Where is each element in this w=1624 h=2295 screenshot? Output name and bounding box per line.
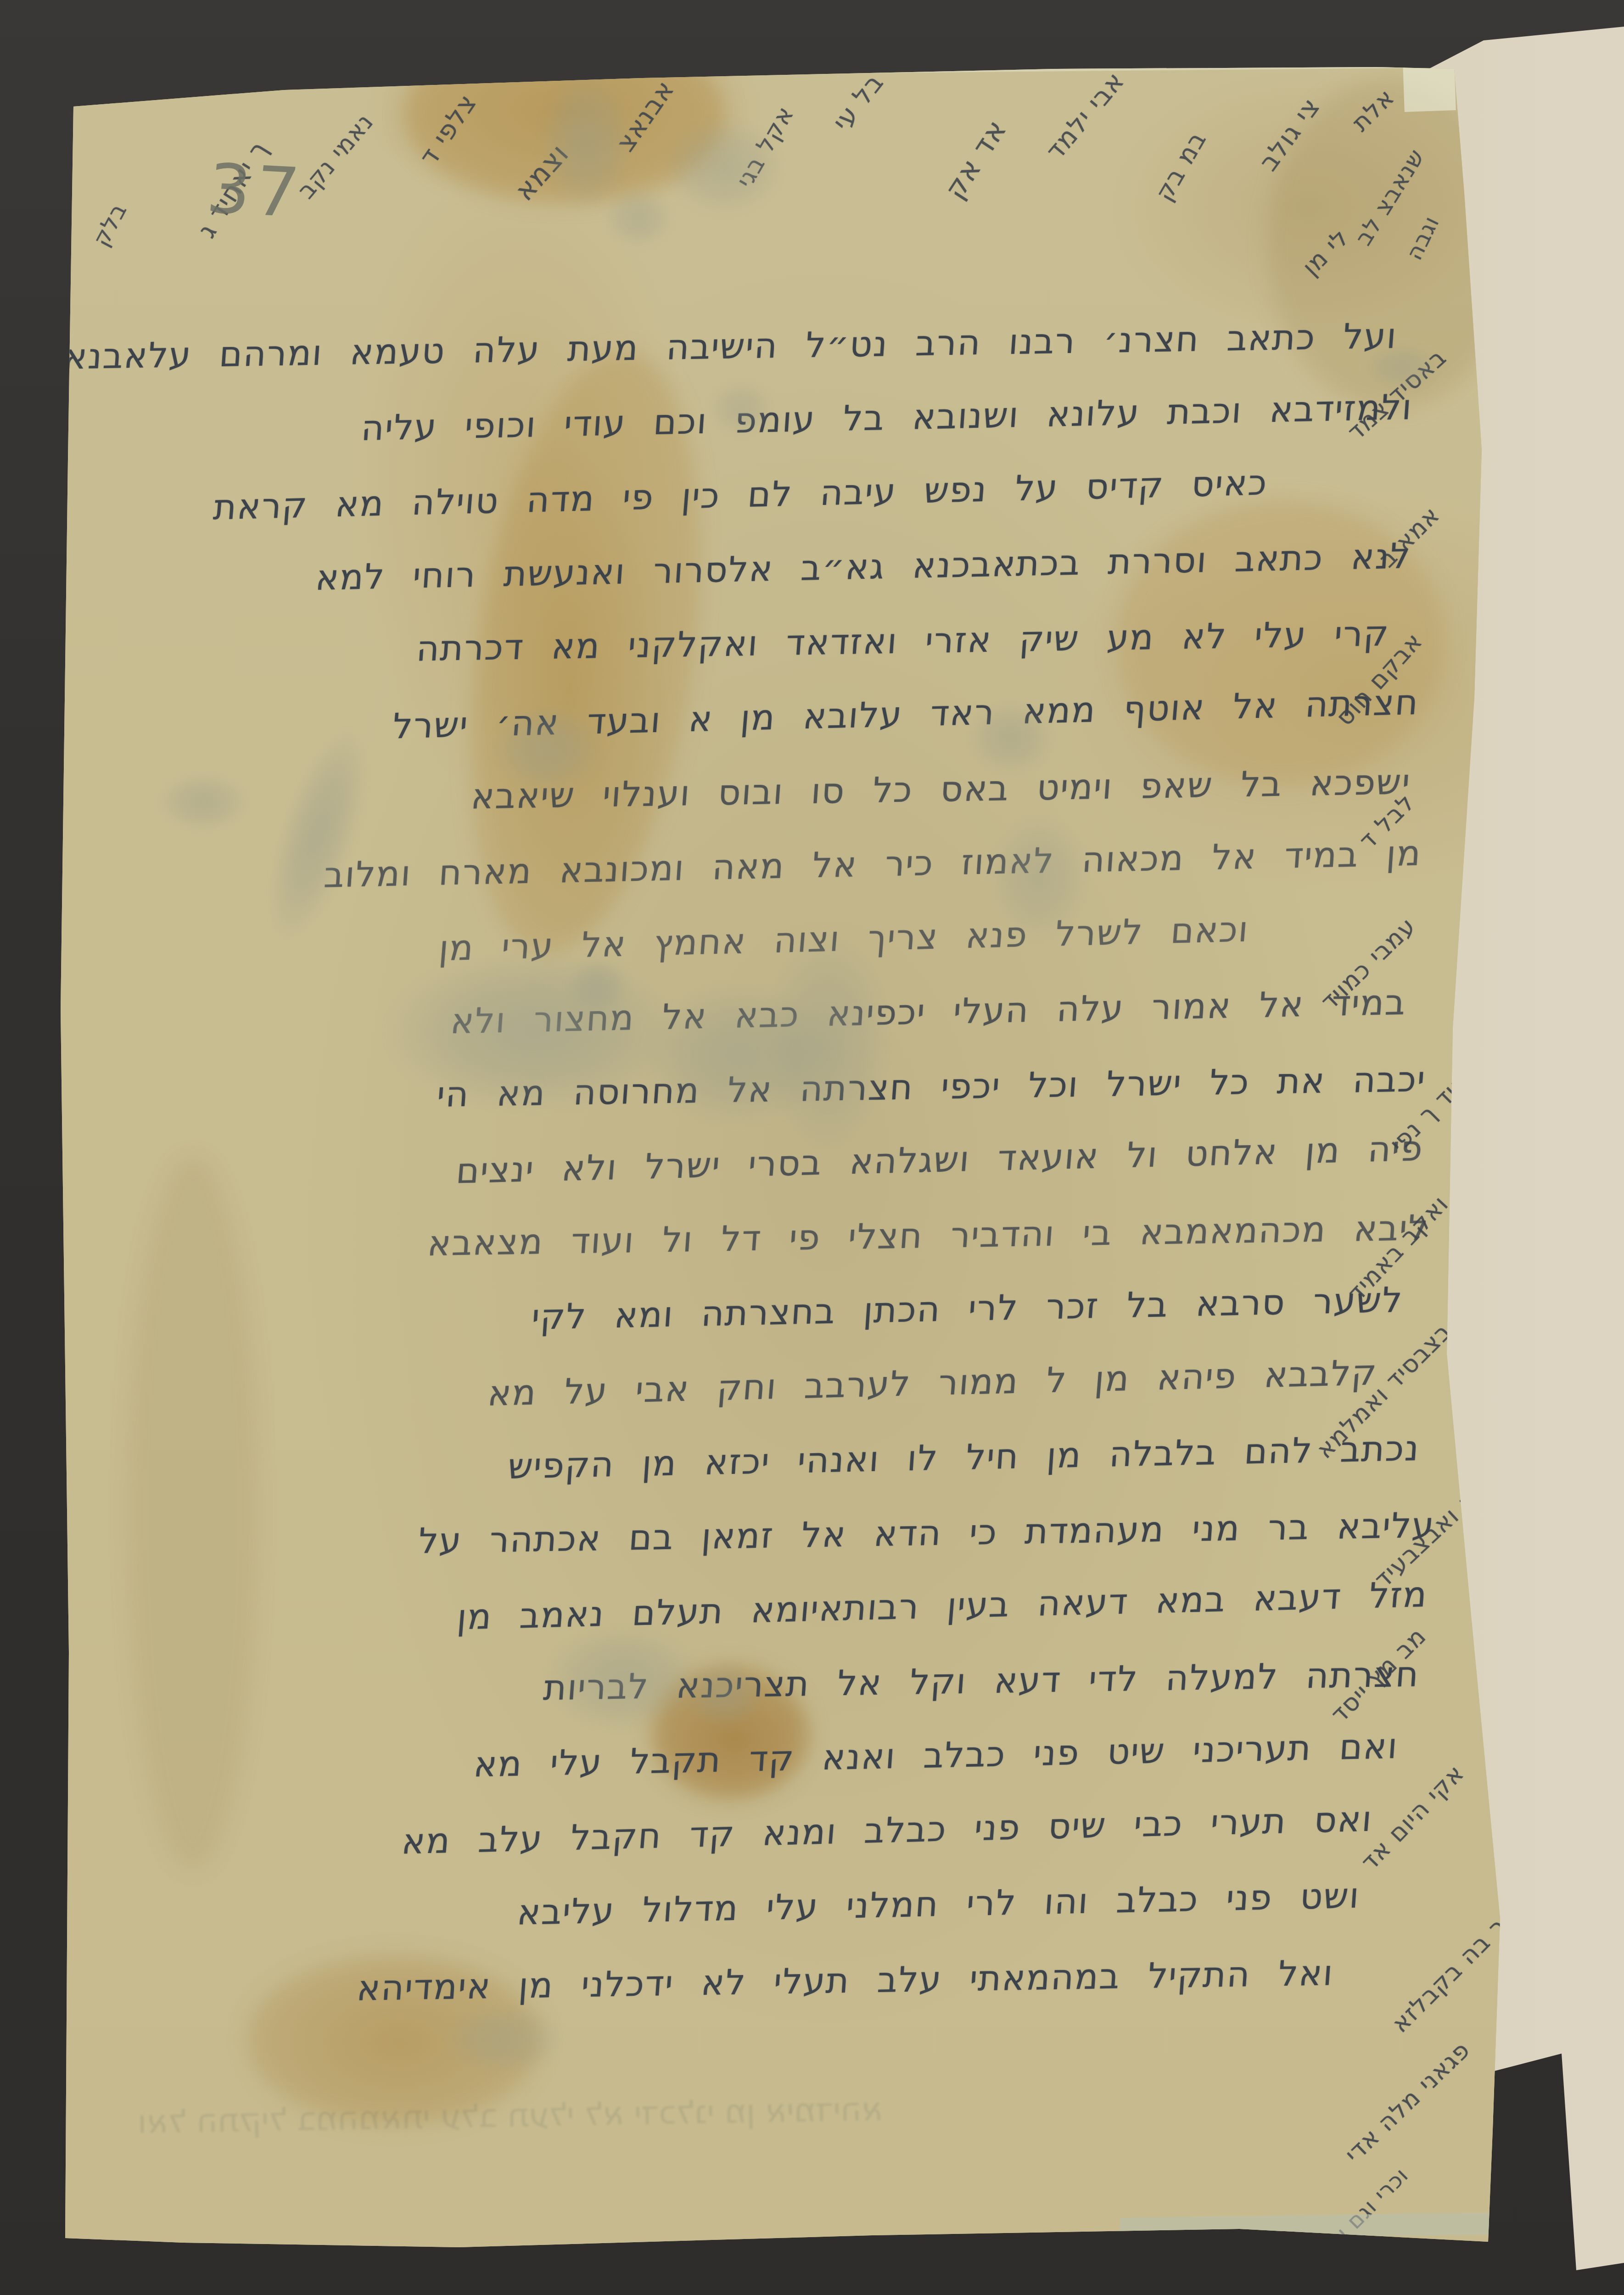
margin-note: עמבי כמויד: [1316, 912, 1422, 1016]
scribble-word: אד אק: [938, 113, 1014, 205]
manuscript-scan: { "page": { "number": "37" }, "colors": …: [0, 0, 1624, 2295]
margin-note: מב מץ ייסד: [1326, 1622, 1432, 1728]
scribble-word: בלק: [88, 198, 133, 251]
margin-note: אלת: [1347, 84, 1400, 137]
mold-smudge: [443, 2004, 565, 2075]
margin-note: לי מן: [1297, 224, 1355, 281]
margin-note: אמא ב: [1373, 501, 1445, 573]
margin-note: פגאני מלה אדי: [1340, 2036, 1476, 2169]
margin-note: בצבסיד ואמלמא: [1311, 1317, 1457, 1464]
margin-note: אבקם חוס: [1331, 627, 1428, 731]
scribble-word: אבי ילמד: [1040, 66, 1131, 166]
letter-body: ועל כתאב חצרנ׳ רבנו הרב נט״ל הישיבה מעת …: [78, 312, 1444, 2049]
margin-note: אקי היום אד: [1356, 1759, 1470, 1876]
margin-note: ואקב באמיד: [1343, 1190, 1454, 1307]
tape-strip-bottom: [1120, 2212, 1490, 2239]
manuscript-page: 37 בלקך יאחיד גנאמי נקבצלפי דוצמאאבנאצאק…: [0, 0, 1624, 2295]
tape-strip-corner: [1403, 62, 1456, 112]
mold-smudge: [1168, 25, 1253, 69]
margin-note: וכרי וגם עם: [1316, 2162, 1413, 2260]
folio-number: 37: [203, 149, 307, 233]
scribble-word: צלפי ד: [414, 89, 483, 171]
scribble-word: במ בק: [1149, 126, 1212, 206]
scribble-word: בל עי: [827, 67, 890, 136]
margin-note: לבל ד: [1354, 789, 1420, 855]
